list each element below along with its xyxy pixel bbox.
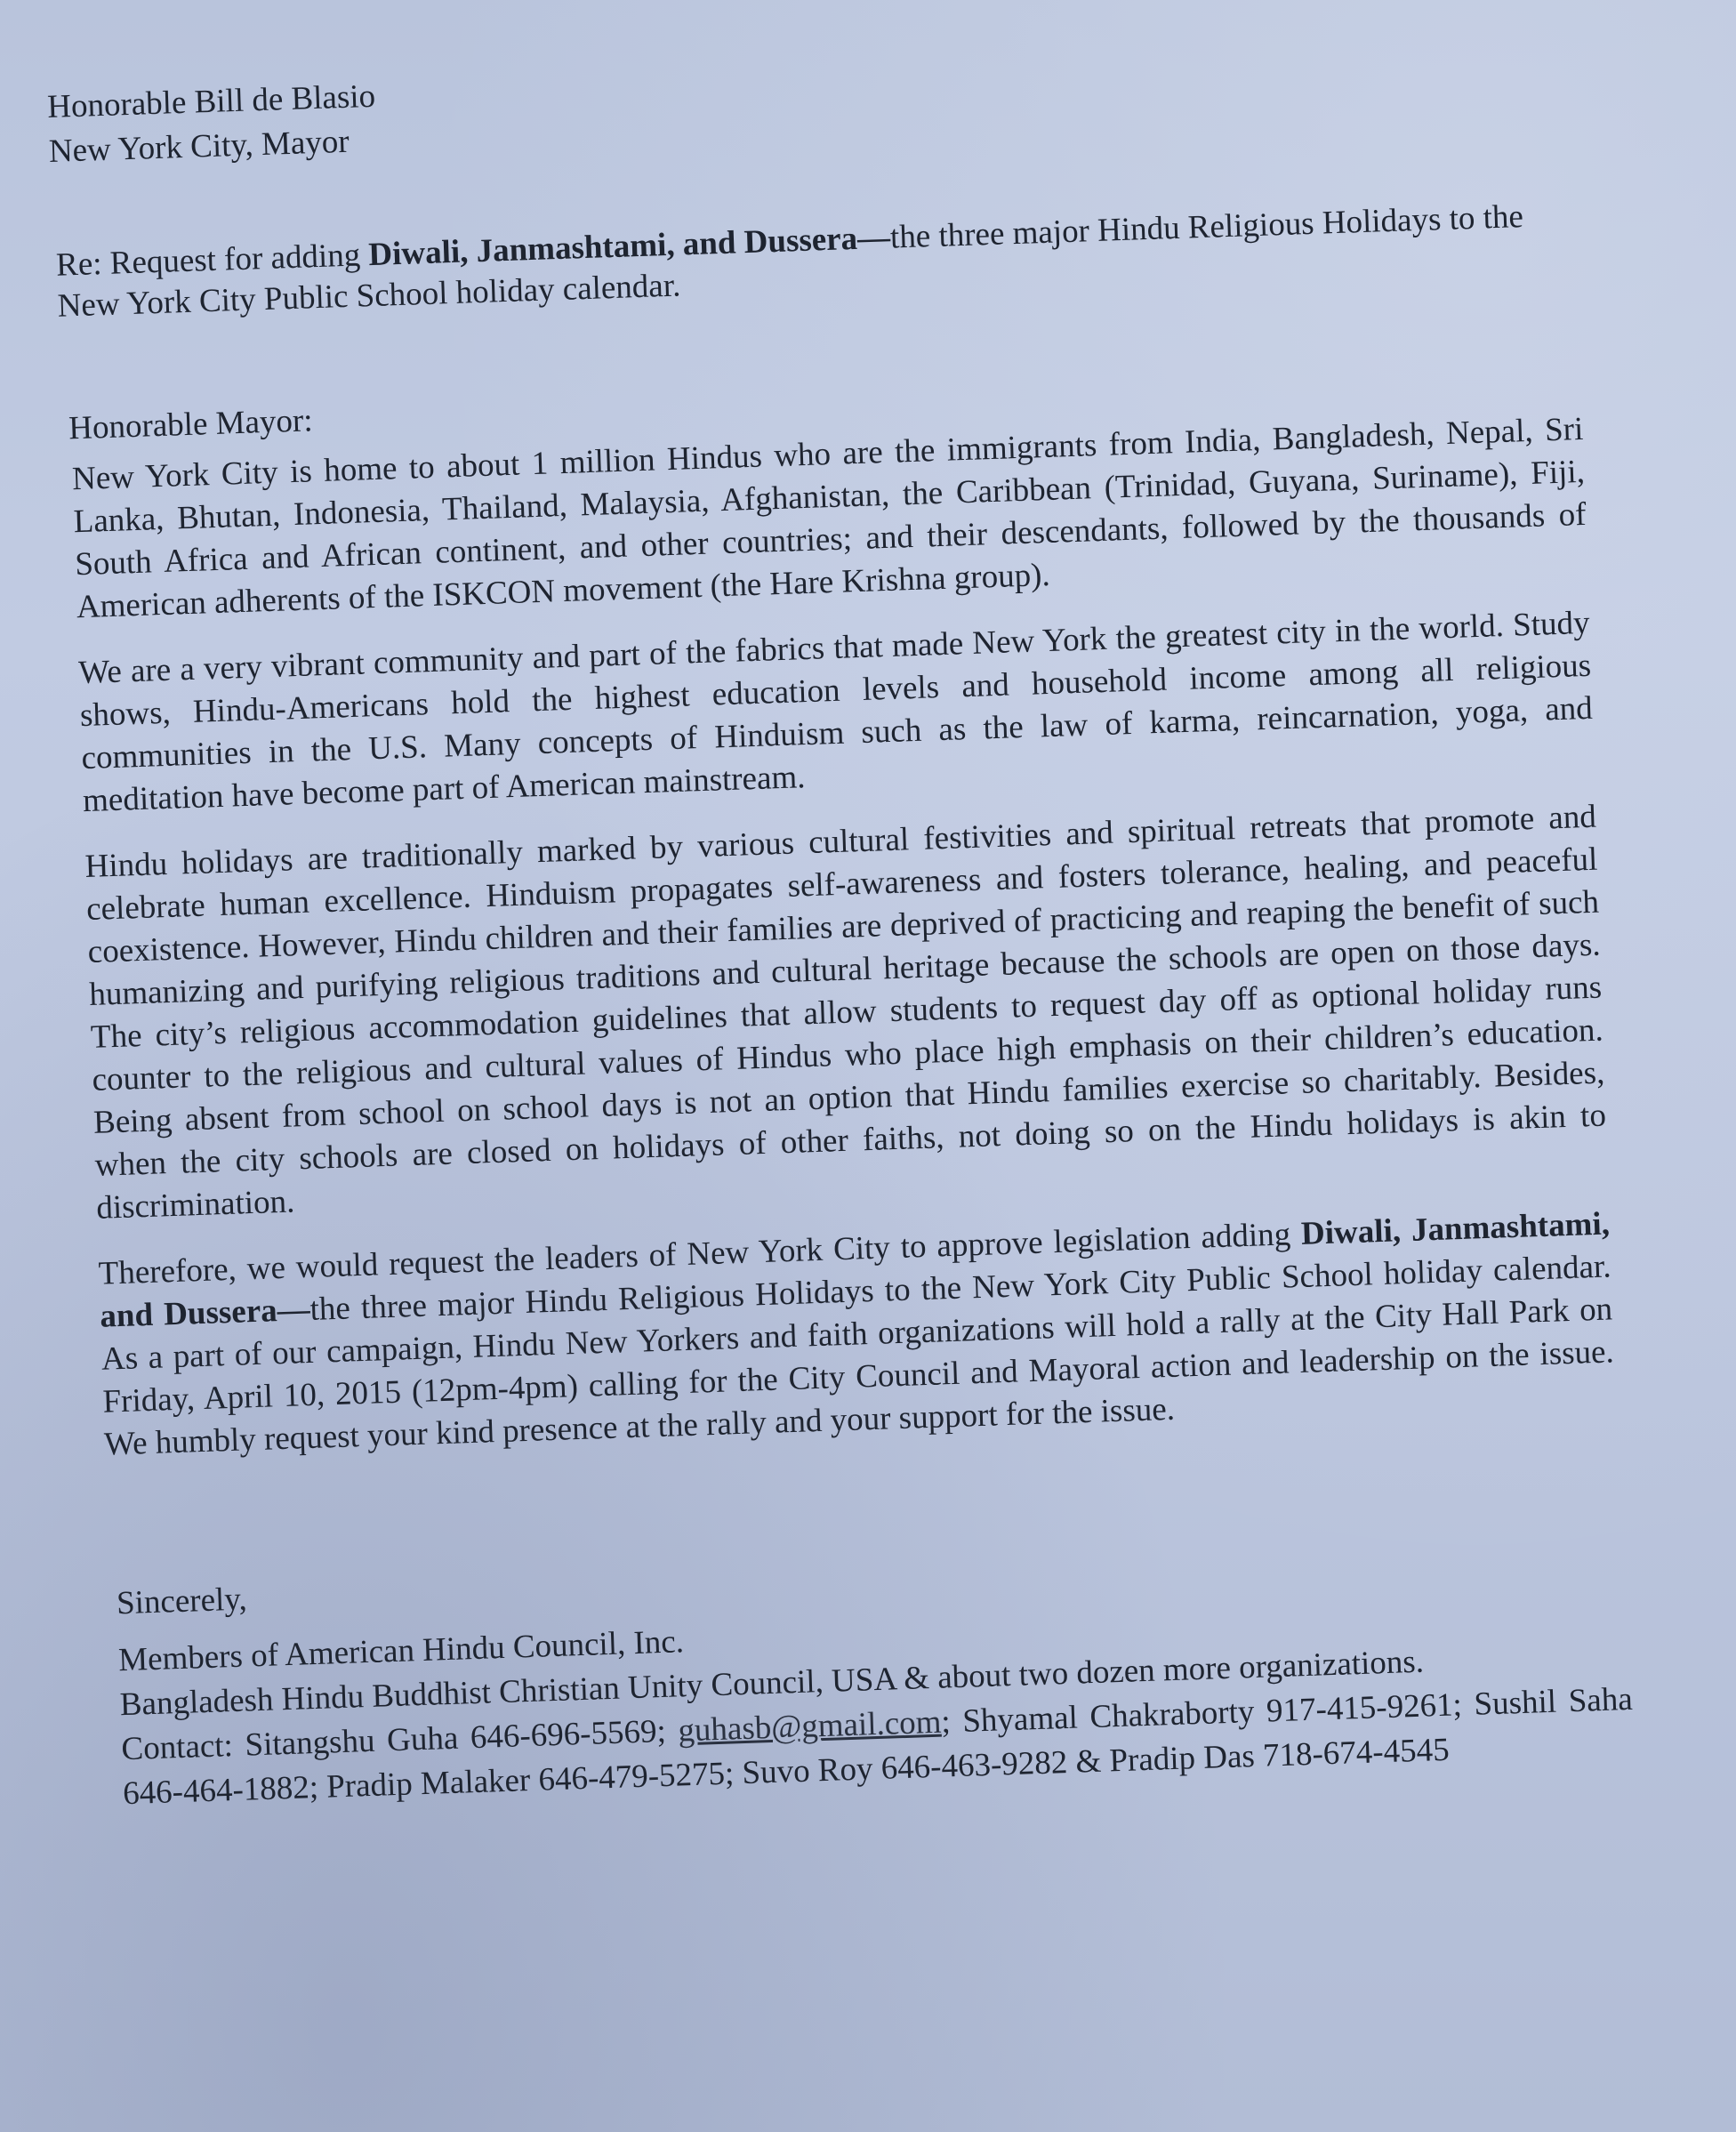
subject-holidays: Diwali, Janmashtami, and Dussera— xyxy=(368,220,891,273)
contact-label: Contact: xyxy=(121,1727,234,1767)
paragraph-request: Therefore, we would request the leaders … xyxy=(98,1203,1616,1466)
paragraph-holidays: Hindu holidays are traditionally marked … xyxy=(84,796,1608,1230)
letter-page: Honorable Bill de Blasio New York City, … xyxy=(46,32,1722,1817)
contact-email-link[interactable]: guhasb@gmail.com xyxy=(678,1704,942,1750)
subject-line: Re: Request for adding Diwali, Janmashta… xyxy=(52,195,1587,327)
subject-prefix: Re: Request for adding xyxy=(55,237,369,284)
paragraph-vibrant: We are a very vibrant community and part… xyxy=(78,602,1595,823)
